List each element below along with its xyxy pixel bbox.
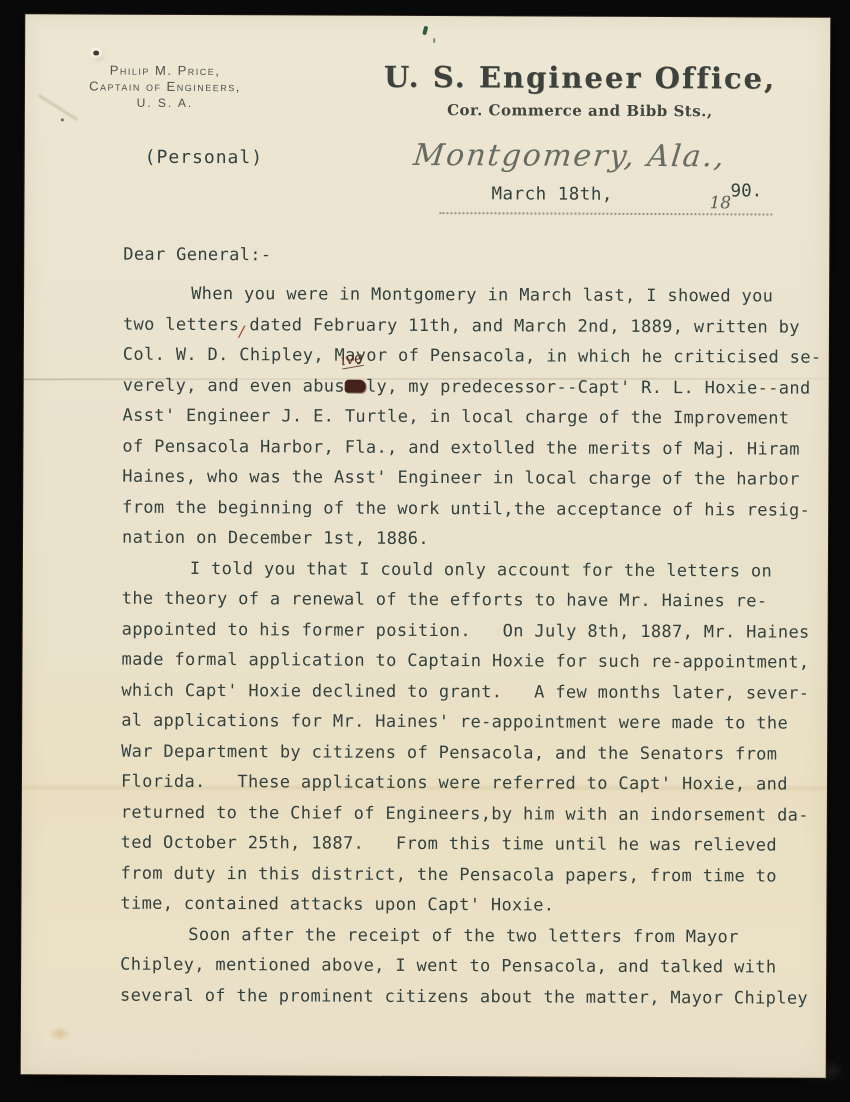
office-address: Cor. Commerce and Bibb Sts., bbox=[355, 101, 805, 121]
line-text: two letters bbox=[123, 314, 240, 335]
salutation: Dear General:- bbox=[123, 245, 271, 266]
body-line: When you were in Montgomery in March las… bbox=[123, 279, 813, 313]
body-line: Haines, who was the Asst' Engineer in lo… bbox=[122, 462, 812, 496]
handwritten-insertion: ive bbox=[340, 349, 365, 369]
office-name: U. S. Engineer Office, bbox=[355, 60, 805, 96]
personal-label: (Personal) bbox=[145, 147, 263, 169]
line-text: dated February 11th, and March 2nd, 1889… bbox=[249, 315, 800, 337]
body-line: several of the prominent citizens about … bbox=[120, 980, 810, 1014]
sender-title: Captain of Engineers, bbox=[65, 78, 265, 95]
body-line: nation on December 1st, 1886. bbox=[122, 523, 812, 557]
body-line: made formal application to Captain Hoxie… bbox=[121, 645, 811, 679]
typed-year: 90. bbox=[731, 181, 763, 201]
printed-year-prefix: 18 bbox=[709, 193, 731, 213]
body-line: from duty in this district, the Pensacol… bbox=[121, 858, 811, 892]
sender-org: U. S. A. bbox=[65, 94, 265, 111]
body-line: of Pensacola Harbor, Fla., and extolled … bbox=[122, 431, 812, 465]
body-line: which Capt' Hoxie declined to grant. A f… bbox=[121, 675, 811, 709]
paper-stain bbox=[49, 1026, 71, 1041]
body-line: returned to the Chief of Engineers,by hi… bbox=[121, 797, 811, 831]
letter-body: When you were in Montgomery in March las… bbox=[120, 279, 813, 1014]
ink-blot bbox=[345, 379, 366, 392]
body-line: Asst' Engineer J. E. Turtle, in local ch… bbox=[122, 401, 812, 435]
body-line: appointed to his former position. On Jul… bbox=[122, 614, 812, 648]
body-line: Col. W. D. Chipley, Mayor of Pensacola, … bbox=[123, 340, 813, 374]
body-line: al applications for Mr. Haines' re-appoi… bbox=[121, 706, 811, 740]
body-line: War Department by citizens of Pensacola,… bbox=[121, 736, 811, 770]
ink-speck bbox=[61, 118, 64, 121]
body-line: from the beginning of the work until,the… bbox=[122, 492, 812, 526]
body-line: I told you that I could only account for… bbox=[122, 553, 812, 587]
typed-date: March 18th, bbox=[491, 184, 612, 205]
letter-page: Philip M. Price, Captain of Engineers, U… bbox=[21, 14, 831, 1078]
line-text: verely, and even abus bbox=[123, 375, 345, 396]
pinhole-mark bbox=[93, 51, 99, 56]
green-ink-mark bbox=[433, 38, 435, 43]
body-line: Soon after the receipt of the two letter… bbox=[120, 919, 810, 953]
line-text: ly, my predecessor--Capt' R. L. Hoxie--a… bbox=[366, 376, 811, 398]
body-line: ted October 25th, 1887. From this time u… bbox=[121, 828, 811, 862]
body-line-with-correction: verely, and even abusively, my predecess… bbox=[123, 370, 813, 404]
correction-wrap: ive bbox=[345, 371, 366, 402]
sender-name: Philip M. Price, bbox=[65, 62, 265, 79]
body-line-with-slash: two letters/dated February 11th, and Mar… bbox=[123, 309, 813, 343]
body-line: the theory of a renewal of the efforts t… bbox=[122, 584, 812, 618]
date-line: March 18th, 18 90. bbox=[439, 172, 774, 219]
green-ink-mark bbox=[422, 26, 428, 36]
masthead: U. S. Engineer Office, Cor. Commerce and… bbox=[355, 60, 805, 121]
sender-block: Philip M. Price, Captain of Engineers, U… bbox=[65, 62, 265, 111]
body-line: Chipley, mentioned above, I went to Pens… bbox=[120, 950, 810, 984]
body-line: Florida. These applications were referre… bbox=[121, 767, 811, 801]
body-line: time, contained attacks upon Capt' Hoxie… bbox=[120, 889, 810, 923]
city-dateline-script: Montgomery, Ala., bbox=[353, 138, 787, 175]
